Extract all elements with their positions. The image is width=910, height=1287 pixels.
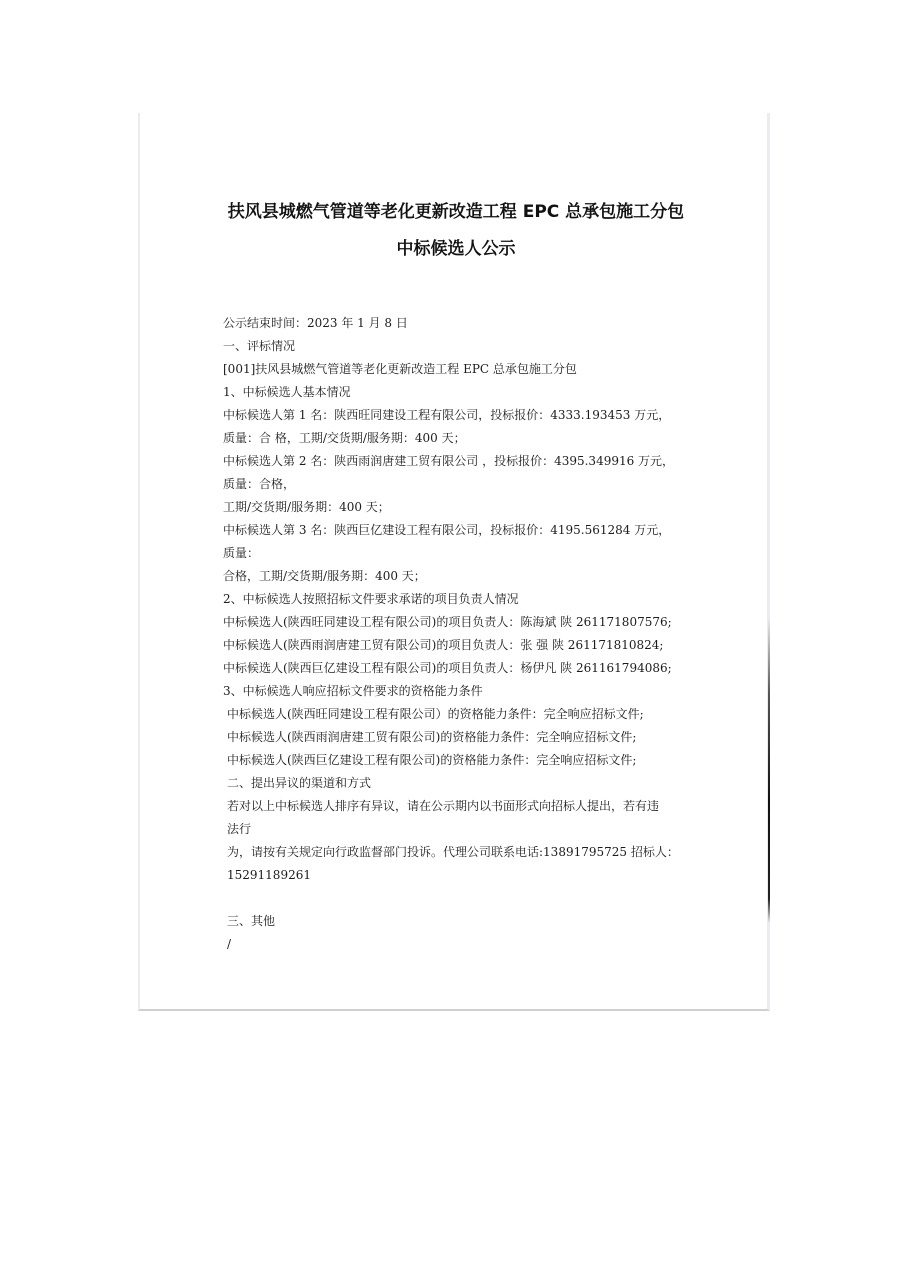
- package-name: [001]扶风县城燃气管道等老化更新改造工程 EPC 总承包施工分包: [223, 358, 703, 381]
- objection-line: 15291189261: [223, 864, 703, 887]
- sub3-heading: 3、中标候选人响应招标文件要求的资格能力条件: [223, 680, 703, 703]
- sub2-heading: 2、中标候选人按照招标文件要求承诺的项目负责人情况: [223, 588, 703, 611]
- candidate-line: 工期/交货期/服务期：400 天；: [223, 496, 703, 519]
- spacer: [223, 887, 703, 910]
- end-date: 公示结束时间：2023 年 1 月 8 日: [223, 312, 703, 335]
- candidate-line: 合格，工期/交货期/服务期：400 天；: [223, 565, 703, 588]
- document-page: 扶风县城燃气管道等老化更新改造工程 EPC 总承包施工分包 中标候选人公示 公示…: [138, 113, 770, 1011]
- document-subtitle: 中标候选人公示: [140, 234, 772, 259]
- candidate-line: 质量：合格，: [223, 473, 703, 496]
- project-manager-line: 中标候选人(陕西旺同建设工程有限公司)的项目负责人：陈海斌 陕 26117180…: [223, 611, 703, 634]
- section3-heading: 三、其他: [223, 910, 703, 933]
- qualification-line: 中标候选人(陕西雨润唐建工贸有限公司)的资格能力条件：完全响应招标文件;: [223, 726, 703, 749]
- project-manager-line: 中标候选人(陕西巨亿建设工程有限公司)的项目负责人：杨伊凡 陕 26116179…: [223, 657, 703, 680]
- document-title: 扶风县城燃气管道等老化更新改造工程 EPC 总承包施工分包: [140, 197, 772, 222]
- qualification-line: 中标候选人(陕西巨亿建设工程有限公司)的资格能力条件：完全响应招标文件;: [223, 749, 703, 772]
- section3-content: /: [223, 933, 703, 956]
- section1-heading: 一、评标情况: [223, 335, 703, 358]
- candidate-line: 中标候选人第 2 名：陕西雨润唐建工贸有限公司 ，投标报价：4395.34991…: [223, 450, 703, 473]
- candidate-line: 质量：合 格，工期/交货期/服务期：400 天；: [223, 427, 703, 450]
- objection-line: 若对以上中标候选人排序有异议，请在公示期内以书面形式向招标人提出，若有违: [223, 795, 703, 818]
- section2-heading: 二、提出异议的渠道和方式: [223, 772, 703, 795]
- document-body: 公示结束时间：2023 年 1 月 8 日 一、评标情况 [001]扶风县城燃气…: [223, 312, 703, 956]
- sub1-heading: 1、中标候选人基本情况: [223, 381, 703, 404]
- project-manager-line: 中标候选人(陕西雨润唐建工贸有限公司)的项目负责人：张 强 陕 26117181…: [223, 634, 703, 657]
- objection-line: 为，请按有关规定向行政监督部门投诉。代理公司联系电话:13891795725 招…: [223, 841, 703, 864]
- page-edge-shadow: [768, 618, 770, 923]
- candidate-line: 质量：: [223, 542, 703, 565]
- candidate-line: 中标候选人第 3 名：陕西巨亿建设工程有限公司，投标报价：4195.561284…: [223, 519, 703, 542]
- candidate-line: 中标候选人第 1 名：陕西旺同建设工程有限公司，投标报价：4333.193453…: [223, 404, 703, 427]
- qualification-line: 中标候选人(陕西旺同建设工程有限公司）的资格能力条件：完全响应招标文件;: [223, 703, 703, 726]
- objection-line: 法行: [223, 818, 703, 841]
